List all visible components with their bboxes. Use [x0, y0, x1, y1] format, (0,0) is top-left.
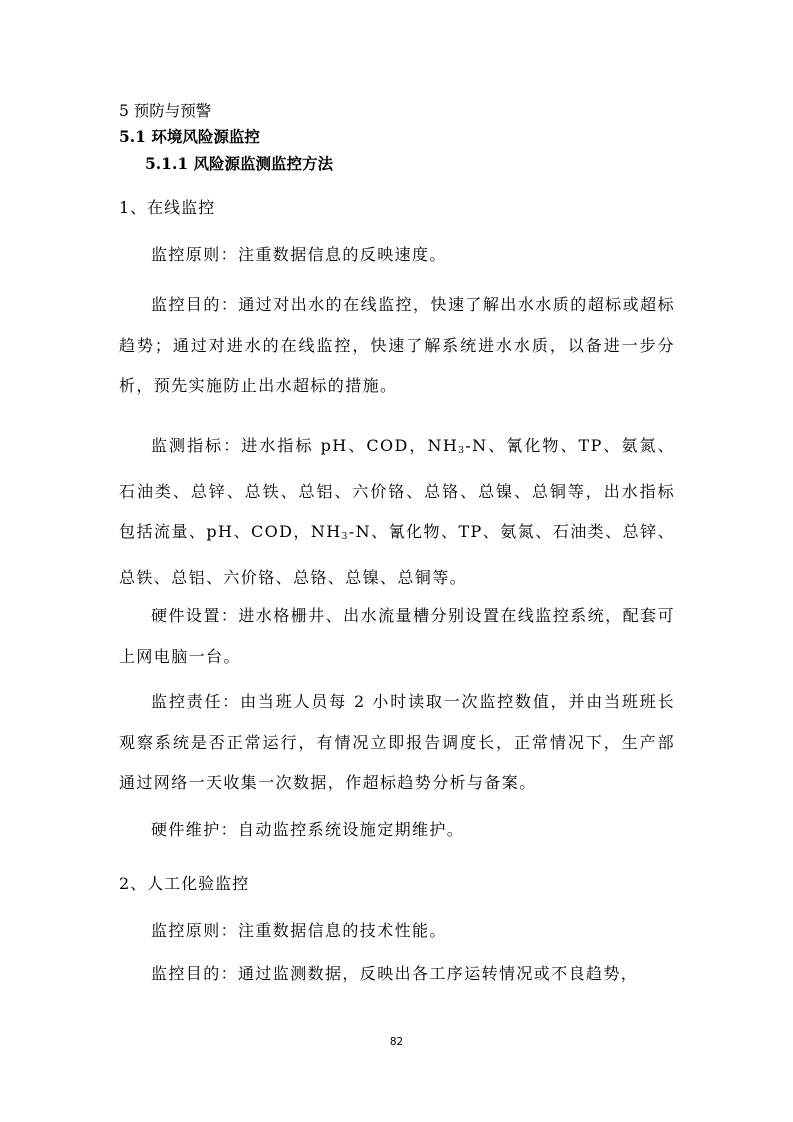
page-number: 82 — [0, 1036, 793, 1048]
section-heading: 5.1 环境风险源监控 — [119, 127, 260, 147]
online-monitoring-title: 1、在线监控 — [119, 198, 215, 218]
manual-principle-paragraph: 监控原则：注重数据信息的技术性能。 — [119, 911, 675, 952]
online-principle-paragraph: 监控原则：注重数据信息的反映速度。 — [119, 235, 675, 276]
online-responsibility-paragraph: 监控责任：由当班人员每 2 小时读取一次监控数值，并由当班班长观察系统是否正常运… — [119, 682, 675, 804]
manual-monitoring-title: 2、人工化验监控 — [119, 874, 249, 894]
online-indicators-paragraph: 监测指标：进水指标 pH、COD，NH3-N、氰化物、TP、氨氮、石油类、总锌、… — [119, 426, 675, 598]
subsection-heading: 5.1.1 风险源监测监控方法 — [145, 154, 333, 174]
indicators-text-1: 监测指标：进水指标 pH、COD，NH — [151, 436, 458, 455]
online-purpose-paragraph: 监控目的：通过对出水的在线监控，快速了解出水水质的超标或超标趋势；通过对进水的在… — [119, 285, 675, 407]
online-hardware-setup-paragraph: 硬件设置：进水格栅井、出水流量槽分别设置在线监控系统，配套可上网电脑一台。 — [119, 596, 675, 677]
chapter-heading: 5 预防与预警 — [119, 101, 211, 121]
document-page: 5 预防与预警 5.1 环境风险源监控 5.1.1 风险源监测监控方法 1、在线… — [0, 0, 793, 1122]
manual-purpose-paragraph: 监控目的：通过监测数据，反映出各工序运转情况或不良趋势， — [119, 954, 675, 995]
subscript-3: 3 — [342, 532, 349, 542]
online-hardware-maintenance-paragraph: 硬件维护：自动监控系统设施定期维护。 — [119, 810, 675, 851]
